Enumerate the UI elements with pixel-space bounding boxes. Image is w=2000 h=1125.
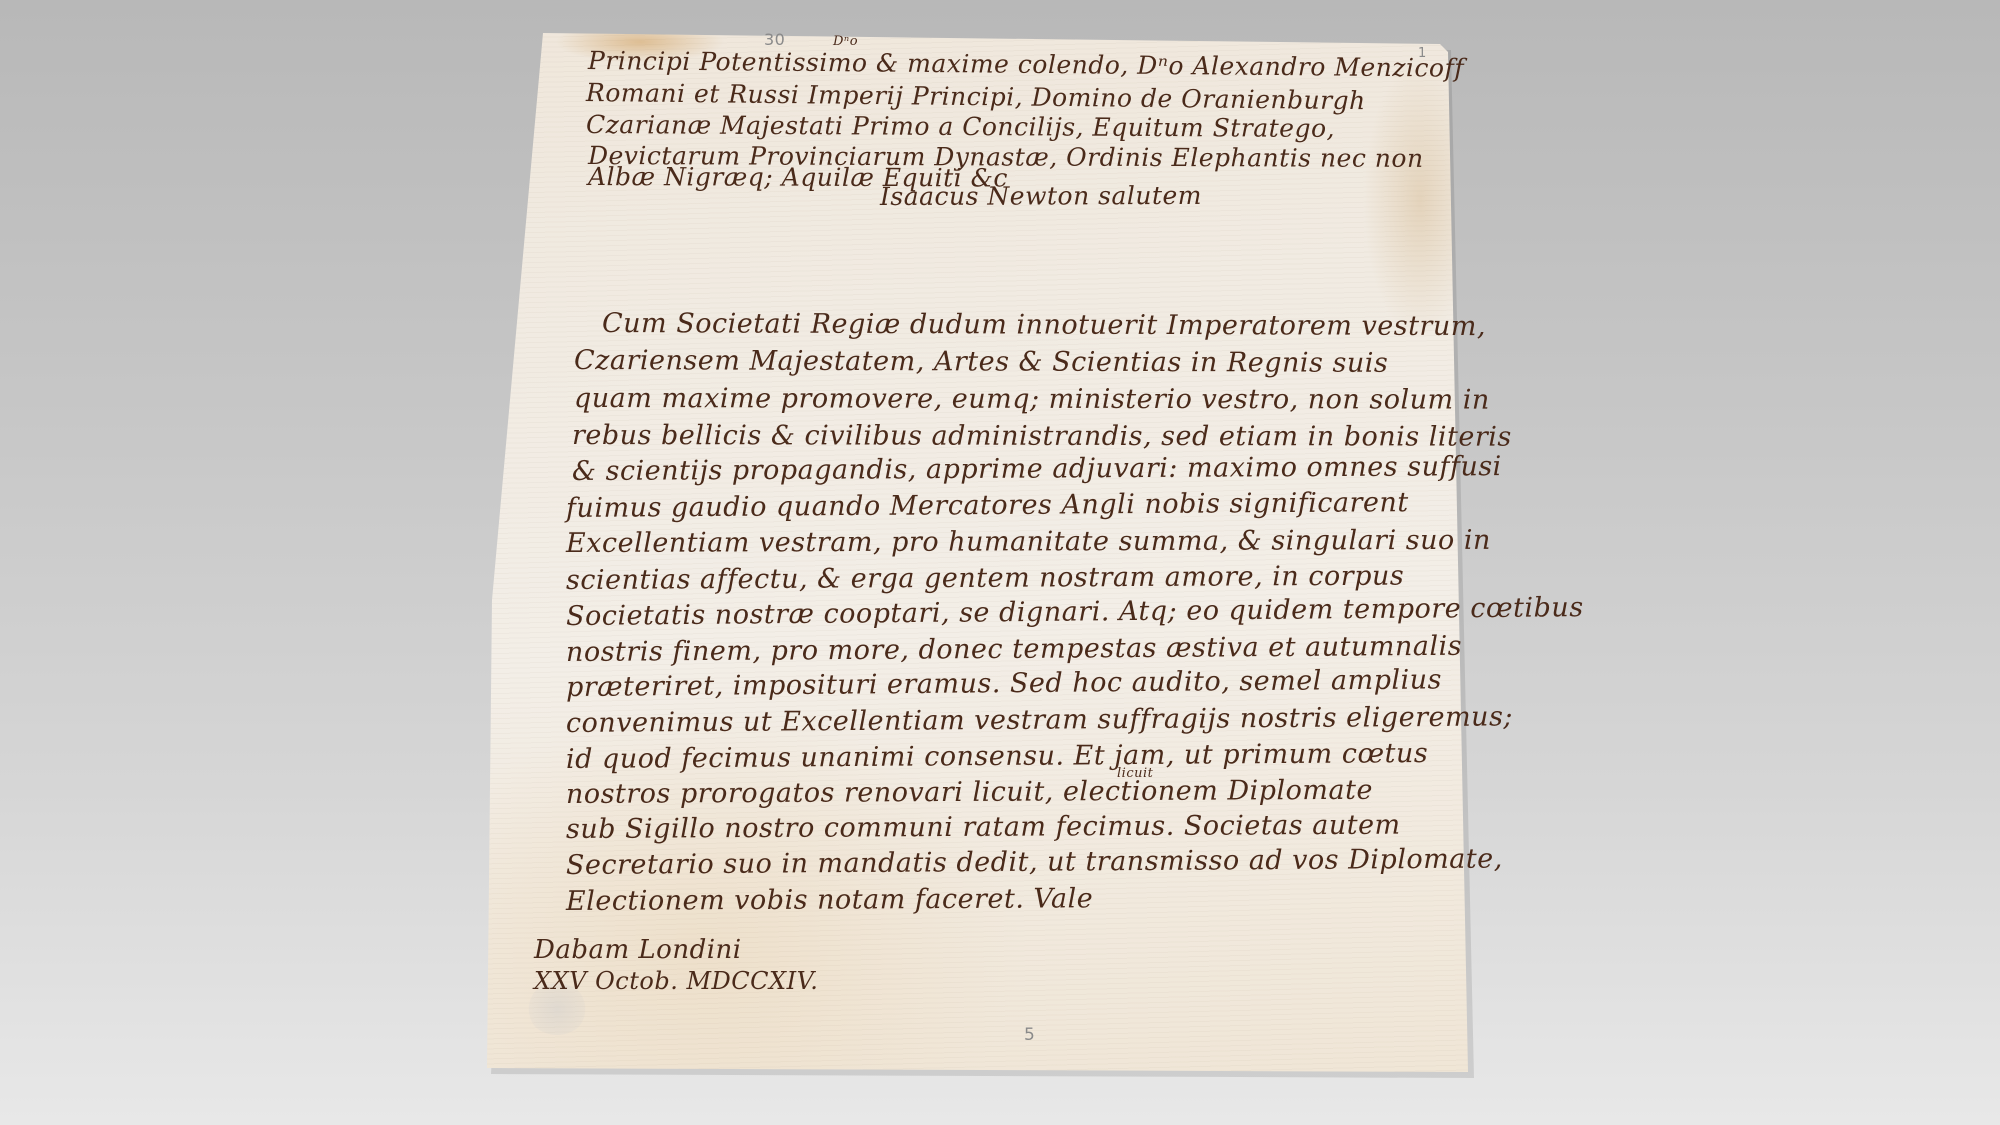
body-line-15: sub Sigillo nostro communi ratam fecimus… [566,810,1401,845]
body-line-5: & scientijs propagandis, apprime adjuvar… [572,451,1502,487]
salutation-line-3: Czarianæ Majestati Primo a Concilijs, Eq… [586,110,1335,143]
body-line-1: Cum Societati Regiæ dudum innotuerit Imp… [602,308,1486,342]
body-line-17: Electionem vobis notam faceret. Vale [566,883,1093,917]
body-line-16: Secretario suo in mandatis dedit, ut tra… [566,843,1503,881]
body-line-4: rebus bellicis & civilibus administrandi… [572,420,1512,453]
insertion-dno: Dⁿo [833,34,858,49]
body-line-7: Excellentiam vestram, pro humanitate sum… [566,525,1491,559]
body-line-2: Czariensem Majestatem, Artes & Scientias… [574,345,1388,379]
salutation-signature-line: Isaacus Newton salutem [880,181,1202,211]
folio-number-top: 30 [764,30,785,49]
body-line-14: nostros prorogatos renovari licuit, elec… [566,775,1373,810]
page-number-bottom: 5 [1024,1025,1035,1045]
body-line-3: quam maxime promovere, eumq; ministerio … [574,383,1490,416]
body-line-10: nostris finem, pro more, donec tempestas… [566,631,1462,668]
closing-place: Dabam Londini [534,935,742,965]
body-line-8: scientias affectu, & erga gentem nostram… [566,561,1404,596]
body-line-6: fuimus gaudio quando Mercatores Angli no… [566,487,1409,524]
body-line-13: id quod fecimus unanimi consensu. Et jam… [566,738,1428,775]
body-line-12: convenimus ut Excellentiam vestram suffr… [566,701,1513,739]
closing-date: XXV Octob. MDCCXIV. [534,967,818,995]
